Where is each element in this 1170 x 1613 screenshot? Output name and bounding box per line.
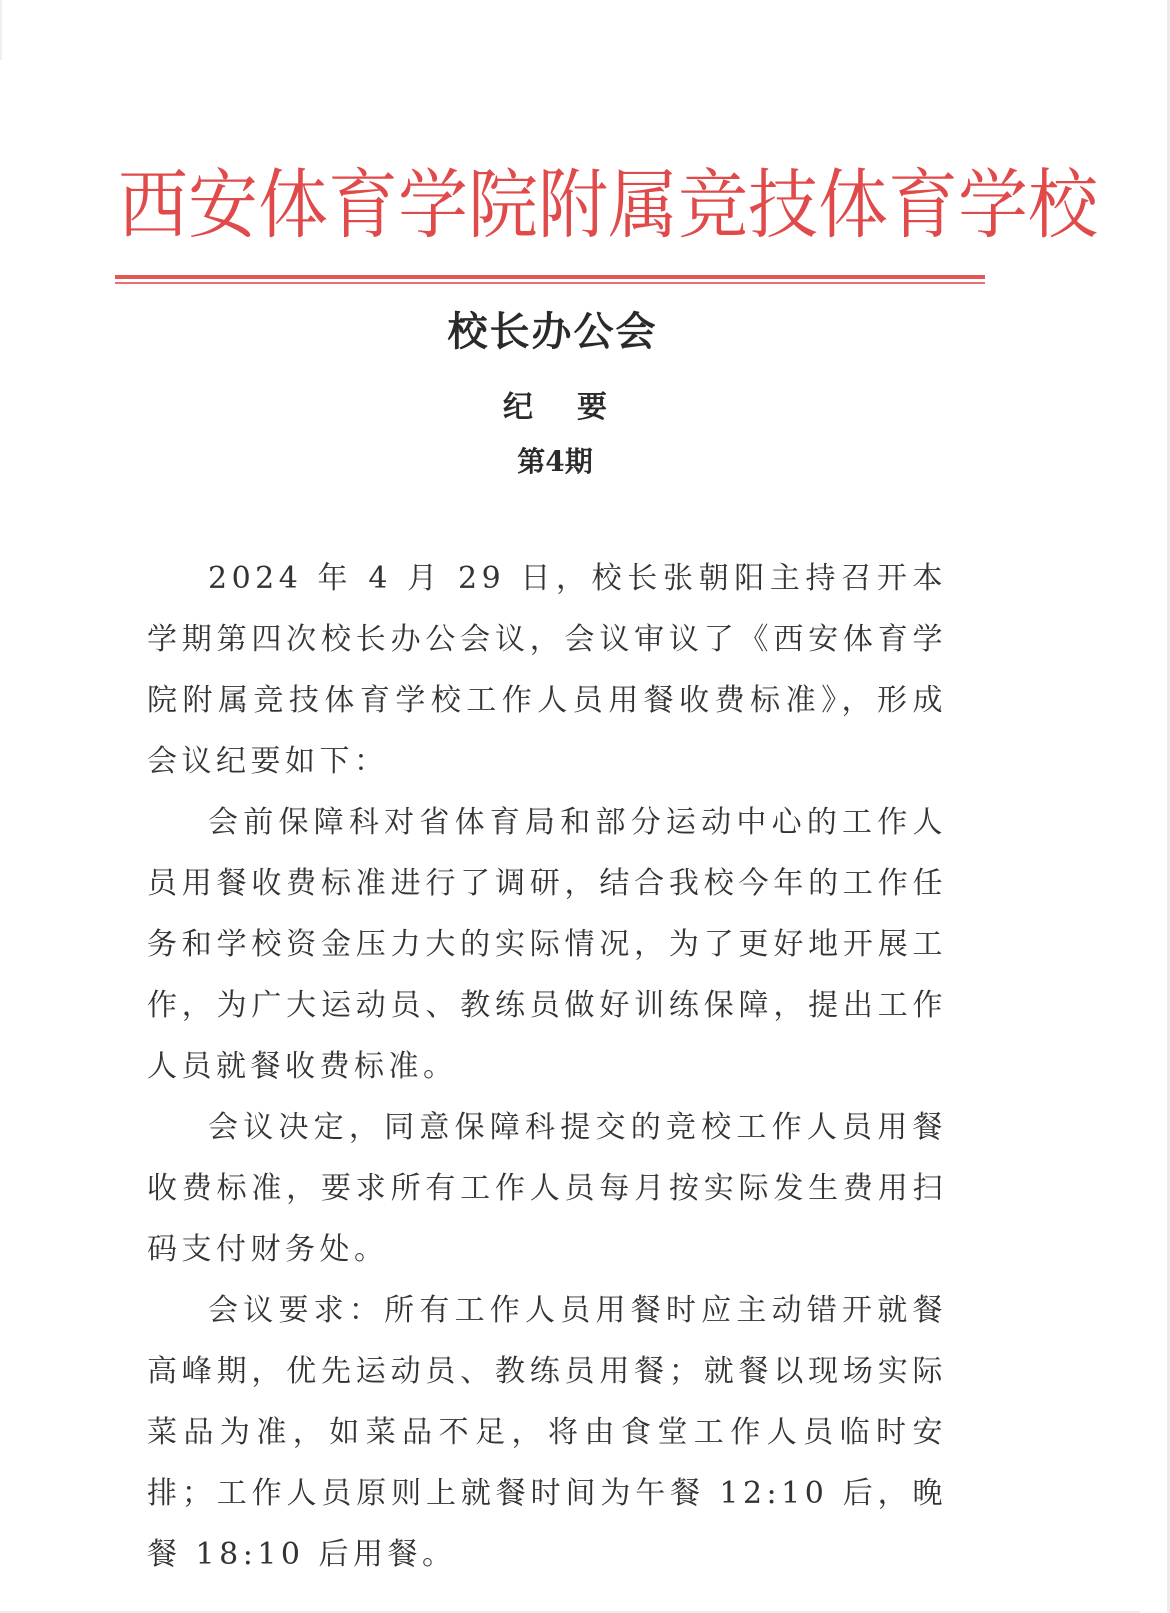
paragraph-research: 会前保障科对省体育局和部分运动中心的工作人员用餐收费标准进行了调研，结合我校今年… xyxy=(147,792,947,1097)
masthead-char: 安 xyxy=(188,156,258,253)
minutes-body: 2024 年 4 月 29 日，校长张朝阳主持召开本学期第四次校长办公会议，会议… xyxy=(147,548,947,1585)
masthead-char: 院 xyxy=(468,156,538,253)
masthead-char: 学 xyxy=(398,156,468,253)
issue-number: 第4期 xyxy=(0,440,1110,480)
masthead-institution-name: 西 安 体 育 学 院 附 属 竞 技 体 育 学 校 xyxy=(118,160,978,250)
masthead-char: 西 xyxy=(118,156,188,253)
masthead-char: 校 xyxy=(1028,156,1098,253)
masthead-char: 附 xyxy=(538,156,608,253)
masthead-char: 体 xyxy=(818,156,888,253)
document-kind-char-1: 纪 xyxy=(503,390,533,425)
masthead-rule-thick xyxy=(115,275,985,279)
paragraph-requirements: 会议要求：所有工作人员用餐时应主动错开就餐高峰期，优先运动员、教练员用餐；就餐以… xyxy=(147,1280,947,1585)
paragraph-decision: 会议决定，同意保障科提交的竞校工作人员用餐收费标准，要求所有工作人员每月按实际发… xyxy=(147,1097,947,1280)
document-kind: 纪要 xyxy=(0,382,1110,426)
masthead-char: 技 xyxy=(748,156,818,253)
scan-edge-left xyxy=(0,0,2,60)
paragraph-meeting-intro: 2024 年 4 月 29 日，校长张朝阳主持召开本学期第四次校长办公会议，会议… xyxy=(147,548,947,792)
masthead-char: 育 xyxy=(328,156,398,253)
document-title: 校长办公会 xyxy=(0,300,1105,357)
masthead-char: 育 xyxy=(888,156,958,253)
masthead-rule-thin xyxy=(115,282,985,284)
masthead-char: 属 xyxy=(608,156,678,253)
masthead-char: 学 xyxy=(958,156,1028,253)
masthead-char: 竞 xyxy=(678,156,748,253)
masthead-char: 体 xyxy=(258,156,328,253)
document-kind-char-2: 要 xyxy=(577,390,607,425)
